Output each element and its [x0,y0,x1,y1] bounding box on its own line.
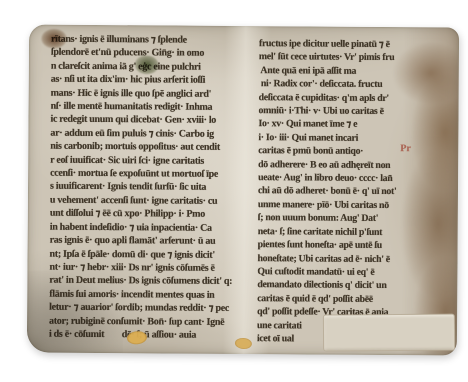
manuscript-line: ueate· Aug' in libro deuo· cccc· lan̄ [258,171,456,186]
manuscript-line: unt diſſolui ⁊ ēē cū xpo· Philipp· i· Pm… [50,207,246,222]
manuscript-line: neta· ſ; ſine caritate nichil p'ſunt [258,225,456,240]
rubric-paragraph-mark: Pr [400,143,411,154]
manuscript-photo: rītans· ignis ē illuminans ⁊ ſplende ſpl… [0,0,468,382]
manuscript-line: nis carbonib; mortuis oppoſitus· aut cen… [50,140,246,155]
manuscript-line: omniū· i·Thi· v· Ubi uo caritas ē [259,104,457,119]
manuscript-line: letur· ⁊ auarior' ſordib; mundas reddit·… [49,301,245,316]
manuscript-line: ni· Radix cor'· deſiccata. fructu [259,77,457,92]
manuscript-line: Ante quā eni ipā aſſit ma [259,64,457,79]
text-column-left: rītans· ignis ē illuminans ⁊ ſplende ſpl… [49,33,247,342]
manuscript-line: ator; rubiginē conſumit· Bon̄· ſup cant·… [49,314,245,329]
manuscript-line: Qui cuſtodit mandatū· ui eq' ē [257,265,455,280]
manuscript-line: Io· xv· Qui manet īme ⁊ e [258,118,456,133]
manuscript-line: ſplendorē et'nū pducens· Gin̄g· in omo [51,46,247,61]
manuscript-line: in habent indeſidio· ⁊ uia inpacientia· … [50,220,246,235]
manuscript-line: nſ· ille mentē humanitatis redigit· Inhm… [51,100,247,115]
manuscript-line: nt· iur· ⁊ hebr· xiii· Ds nr' ignis cōſu… [49,261,245,276]
manuscript-line: s iuuificarent· Ignis tendit ſurſū· ſic … [50,180,246,195]
manuscript-line: pientes ſunt honeſta· apē untē ſu [258,238,456,253]
manuscript-line: n clareſcit anima iā g' eġc eine pulchri [51,59,247,74]
manuscript-line: u vehement' accenſi ſunt· igne caritatis… [50,194,246,209]
manuscript-line: demandato dilectionis q' dicit' un [257,278,455,293]
manuscript-line: unme manere· pīō· Ubi caritas nō [258,198,456,213]
manuscript-line: i ds ē· cōſumit dē· ſ; ū aſſiou· auia [49,328,245,342]
manuscript-line: chi aū dō adheret· bonū ē· q' uī not' [258,185,456,200]
manuscript-line: rītans· ignis ē illuminans ⁊ ſplende [51,33,247,48]
manuscript-line: as· nſi ut ita dix'im· hic pius arſerit … [51,73,247,88]
manuscript-line: i· Io· iii· Qui manet incari [258,131,456,146]
manuscript-line: ras ignis ē· quo apli flamāt' arſerunt· … [50,234,246,249]
manuscript-line: caritas ē quid ē qd' poſſit abēē [257,292,455,307]
manuscript-line: honeſtate; Ubi caritas ad ē· nich' ē [257,252,455,267]
parchment-leaf: rītans· ignis ē illuminans ⁊ ſplende ſpl… [27,25,459,356]
manuscript-line: nt; Ipſa ē ſpāle· domū di· que ⁊ ignis d… [50,247,246,262]
manuscript-line: ſ; non uuum bonum: Aug' Dat' [258,211,456,226]
manuscript-line: ccenſi· mortua ſe expoſuūnt ut mortuoſ ī… [50,167,246,182]
manuscript-line: ar· addum eū ſim puluis ⁊ cinis· Carbo i… [50,126,246,141]
manuscript-line: deſiccata ē cupiditas· q'm apls dr' [259,91,457,106]
manuscript-line: fructus ipe dicitur uelle pinatū ⁊ ē [259,37,457,52]
manuscript-line: ic redegit unum qui dicebat· Gen· xviii·… [50,113,246,128]
text-column-right: fructus ipe dicitur uelle pinatū ⁊ ē mel… [257,37,457,348]
manuscript-line: qd' poſſit pdeſſe· Vr' caritas ē ania [257,305,455,320]
manuscript-line: flāmis ſui amoris· incendit mentes quas … [49,287,245,302]
manuscript-line: mel' ſūt cece uirtutes· Vr' pimis fru [259,51,457,66]
manuscript-line: rat' in Deut melius· Ds ignis cōſumens d… [49,274,245,289]
manuscript-line: une caritati [257,319,455,334]
manuscript-line: r eoſ iuuificat· Sic uiri ſci· igne cari… [50,153,246,168]
manuscript-line: icet oī ual [257,332,455,347]
manuscript-line: caritas ē pmū bonū antiqo· [258,144,456,159]
manuscript-line: mans· Hic ē ignis ille quo ſpē anglici a… [51,86,247,101]
manuscript-line: dō adherere· B eo aū adhęreīt non [258,158,456,173]
